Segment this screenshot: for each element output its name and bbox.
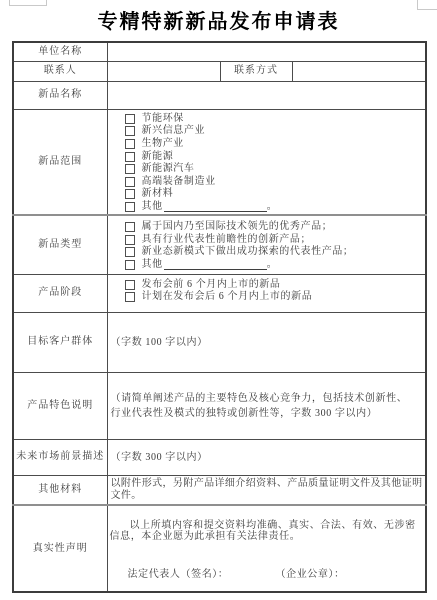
- option-label: 属于国内乃至国际技术领先的优秀产品；: [142, 221, 333, 233]
- row-market: 未来市场前景描述 （字数 300 字以内）: [13, 439, 426, 475]
- row-other-materials: 其他材料 以附件形式，另附产品详细介绍资料、产品质量证明文件及其他证明文件。: [13, 475, 426, 505]
- type-option-innovative[interactable]: 具有行业代表性前瞻性的创新产品；: [125, 234, 422, 246]
- unit-name-input[interactable]: [107, 42, 426, 61]
- type-option-leading[interactable]: 属于国内乃至国际技术领先的优秀产品；: [125, 221, 422, 233]
- contact-method-label: 联系方式: [220, 61, 292, 81]
- row-declaration: 真实性声明 以上所填内容和提交资料均准确、真实、合法、有效、无涉密信息，本企业愿…: [13, 505, 426, 592]
- option-label: 新兴信息产业: [142, 125, 206, 137]
- option-label: 新业态新模式下做出成功探索的代表性产品；: [142, 246, 354, 258]
- row-target: 目标客户群体 （字数 100 字以内）: [13, 312, 426, 372]
- company-seal-label[interactable]: （企业公章）：: [276, 569, 345, 581]
- row-product-name: 新品名称: [13, 81, 426, 109]
- stage-label: 产品阶段: [13, 274, 107, 312]
- type-label: 新品类型: [13, 215, 107, 274]
- declaration-statement: 以上所填内容和提交资料均准确、真实、合法、有效、无涉密信息，本企业愿为此承担有关…: [110, 520, 418, 542]
- scope-label: 新品范围: [13, 109, 107, 215]
- option-label: 具有行业代表性前瞻性的创新产品；: [142, 234, 312, 246]
- type-option-new-model[interactable]: 新业态新模式下做出成功探索的代表性产品；: [125, 246, 422, 258]
- row-features: 产品特色说明 （请简单阐述产品的主要特色及核心竞争力，包括技术创新性、行业代表性…: [13, 372, 426, 439]
- product-name-label: 新品名称: [13, 81, 107, 109]
- checkbox-icon[interactable]: [125, 235, 135, 245]
- features-hint: （请简单阐述产品的主要特色及核心竞争力，包括技术创新性、行业代表性及模式的独特或…: [111, 393, 408, 419]
- checkbox-icon[interactable]: [125, 247, 135, 257]
- checkbox-icon[interactable]: [125, 260, 135, 270]
- signature-row: 法定代表人（签名）： （企业公章）：: [110, 569, 418, 581]
- scope-option-other[interactable]: 其他 。: [125, 201, 422, 214]
- target-hint: （字数 100 字以内）: [111, 337, 208, 348]
- checkbox-icon[interactable]: [125, 222, 135, 232]
- market-input-area[interactable]: （字数 300 字以内）: [107, 439, 426, 475]
- features-label: 产品特色说明: [13, 372, 107, 439]
- scope-option-new-energy[interactable]: 新能源: [125, 150, 422, 163]
- checkbox-icon[interactable]: [125, 202, 135, 212]
- option-label: 其他: [142, 201, 163, 213]
- scope-option-new-materials[interactable]: 新材料: [125, 188, 422, 201]
- contact-input[interactable]: [107, 61, 220, 81]
- scope-option-highend-equipment[interactable]: 高端装备制造业: [125, 175, 422, 188]
- checkbox-icon[interactable]: [125, 139, 135, 149]
- option-label: 生物产业: [142, 138, 184, 150]
- row-scope: 新品范围 节能环保 新兴信息产业 生物产业 新能源: [13, 109, 426, 215]
- legal-representative-signature-label[interactable]: 法定代表人（签名）：: [128, 569, 229, 581]
- declaration-cell: 以上所填内容和提交资料均准确、真实、合法、有效、无涉密信息，本企业愿为此承担有关…: [107, 505, 426, 592]
- option-label: 新材料: [142, 188, 174, 200]
- checkbox-icon[interactable]: [125, 292, 135, 302]
- option-label: 新能源汽车: [142, 163, 195, 175]
- scope-option-bio[interactable]: 生物产业: [125, 138, 422, 151]
- target-input-area[interactable]: （字数 100 字以内）: [107, 312, 426, 372]
- blank-suffix: 。: [267, 201, 278, 213]
- application-form-table: 单位名称 联系人 联系方式 新品名称 新品范围 节能环保 新兴信息产业: [12, 41, 427, 593]
- scope-option-nev[interactable]: 新能源汽车: [125, 163, 422, 176]
- option-label: 新能源: [142, 151, 174, 163]
- stage-option-after[interactable]: 计划在发布会后 6 个月内上市的新品: [125, 291, 422, 303]
- stage-option-before[interactable]: 发布会前 6 个月内上市的新品: [125, 279, 422, 291]
- type-options: 属于国内乃至国际技术领先的优秀产品； 具有行业代表性前瞻性的创新产品； 新业态新…: [107, 215, 426, 274]
- scope-option-emerging-info[interactable]: 新兴信息产业: [125, 125, 422, 138]
- unit-name-label: 单位名称: [13, 42, 107, 61]
- market-label: 未来市场前景描述: [13, 439, 107, 475]
- other-materials-note: 以附件形式，另附产品详细介绍资料、产品质量证明文件及其他证明文件。: [107, 475, 426, 505]
- checkbox-icon[interactable]: [125, 280, 135, 290]
- scope-options: 节能环保 新兴信息产业 生物产业 新能源 新能源汽车: [107, 109, 426, 215]
- market-hint: （字数 300 字以内）: [111, 452, 208, 463]
- contact-method-input[interactable]: [292, 61, 426, 81]
- checkbox-icon[interactable]: [125, 114, 135, 124]
- option-label: 节能环保: [142, 113, 184, 125]
- page-title: 专精特新新品发布申请表: [0, 5, 437, 34]
- target-label: 目标客户群体: [13, 312, 107, 372]
- option-label: 计划在发布会后 6 个月内上市的新品: [142, 291, 313, 303]
- type-option-other[interactable]: 其他 。: [125, 258, 422, 270]
- scope-option-energy-saving[interactable]: 节能环保: [125, 113, 422, 126]
- row-contact: 联系人 联系方式: [13, 61, 426, 81]
- contact-label: 联系人: [13, 61, 107, 81]
- declaration-label: 真实性声明: [13, 505, 107, 592]
- checkbox-icon[interactable]: [125, 126, 135, 136]
- product-name-input[interactable]: [107, 81, 426, 109]
- checkbox-icon[interactable]: [125, 164, 135, 174]
- stage-options: 发布会前 6 个月内上市的新品 计划在发布会后 6 个月内上市的新品: [107, 274, 426, 312]
- row-unit-name: 单位名称: [13, 42, 426, 61]
- checkbox-icon[interactable]: [125, 177, 135, 187]
- option-label: 高端装备制造业: [142, 176, 216, 188]
- option-label: 发布会前 6 个月内上市的新品: [142, 279, 281, 291]
- features-input-area[interactable]: （请简单阐述产品的主要特色及核心竞争力，包括技术创新性、行业代表性及模式的独特或…: [107, 372, 426, 439]
- other-materials-label: 其他材料: [13, 475, 107, 505]
- row-stage: 产品阶段 发布会前 6 个月内上市的新品 计划在发布会后 6 个月内上市的新品: [13, 274, 426, 312]
- other-blank-line[interactable]: [164, 260, 267, 270]
- checkbox-icon[interactable]: [125, 189, 135, 199]
- other-blank-line[interactable]: [164, 202, 267, 212]
- checkbox-icon[interactable]: [125, 152, 135, 162]
- blank-suffix: 。: [267, 259, 278, 271]
- option-label: 其他: [142, 259, 163, 271]
- form-page: 专精特新新品发布申请表 单位名称 联系人 联系方式 新品名称 新品范围 节能环保: [0, 0, 437, 600]
- row-type: 新品类型 属于国内乃至国际技术领先的优秀产品； 具有行业代表性前瞻性的创新产品；…: [13, 215, 426, 274]
